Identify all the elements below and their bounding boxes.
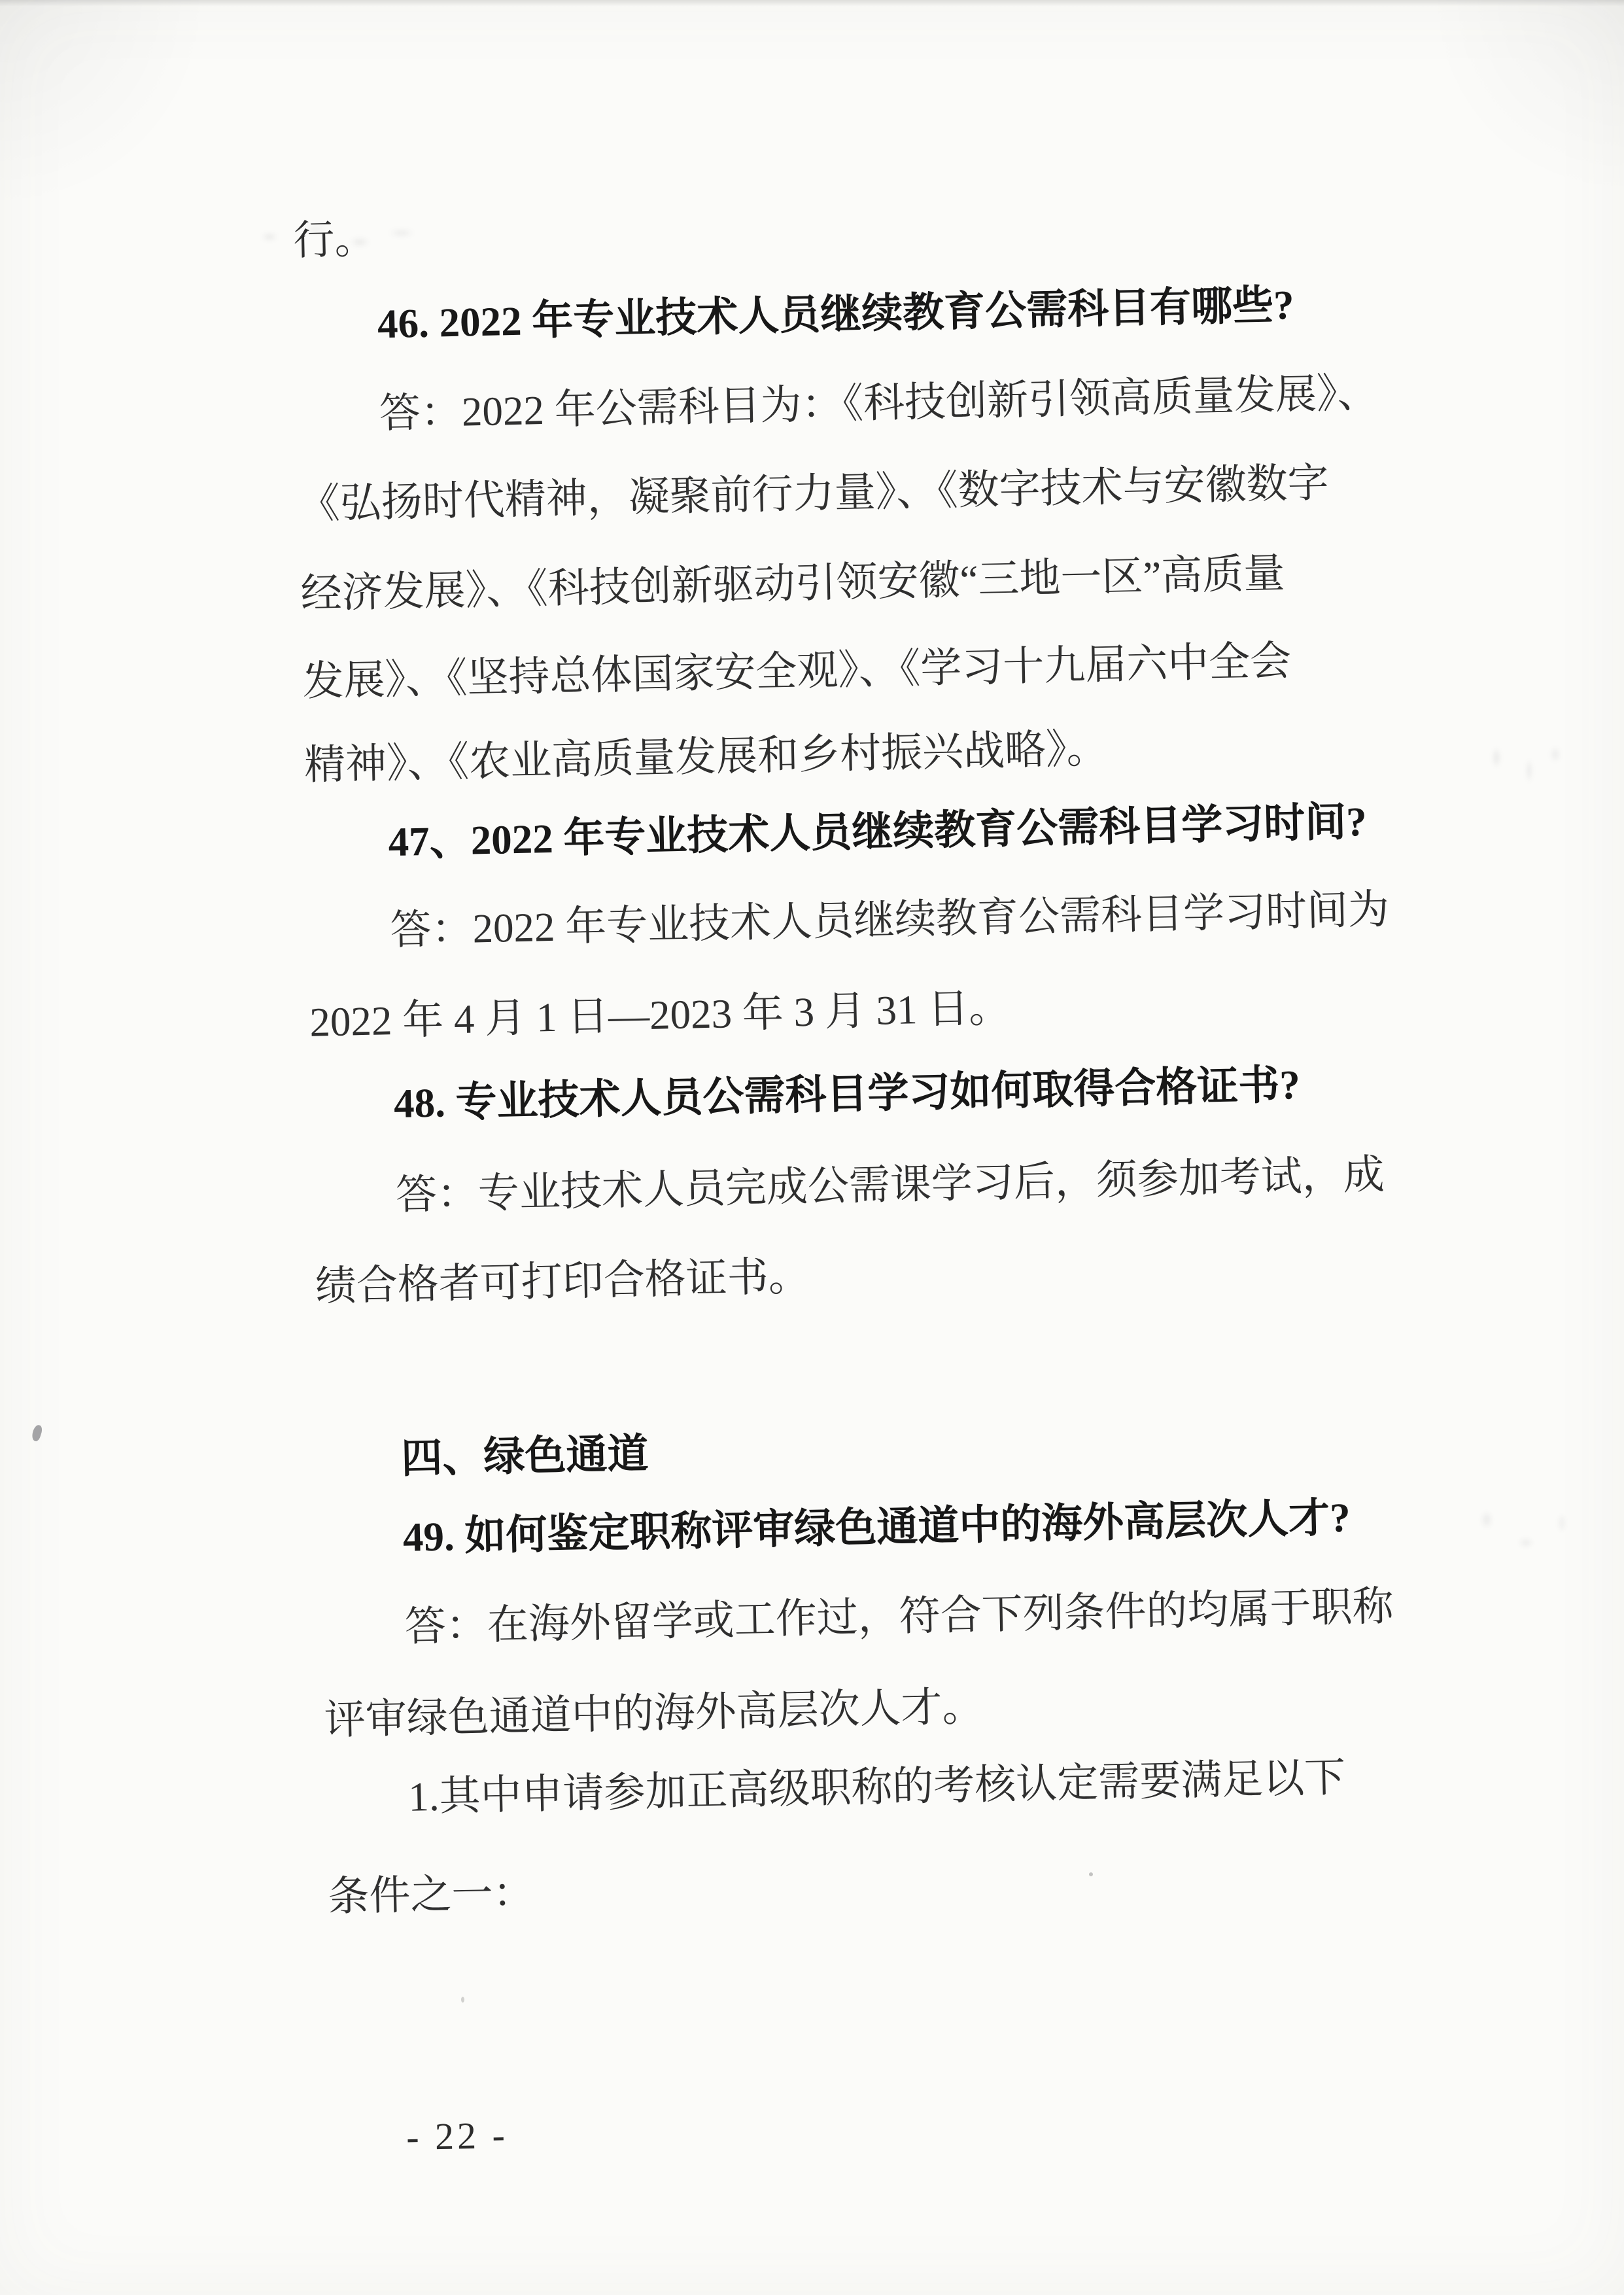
scan-smudge-right-upper: [1477, 731, 1575, 807]
carryover-text-line: 行。: [292, 194, 377, 285]
text-column: 行。 46. 2022 年专业技术人员继续教育公需科目有哪些? 答：2022 年…: [292, 172, 1486, 2224]
scan-speck-left-margin: [30, 1424, 43, 1443]
condition-intro-line-2: 条件之一：: [327, 1848, 535, 1942]
answer-48-line-1: 答：专业技术人员完成公需课学习后，须参加考试，成: [313, 1130, 1385, 1241]
answer-48-line-2: 绩合格者可打印合格证书。: [314, 1232, 810, 1331]
page-number: - 22 -: [406, 2112, 508, 2160]
scan-smudge-right-lower: [1464, 1490, 1591, 1579]
scanned-page: 行。 46. 2022 年专业技术人员继续教育公需科目有哪些? 答：2022 年…: [0, 0, 1624, 2295]
